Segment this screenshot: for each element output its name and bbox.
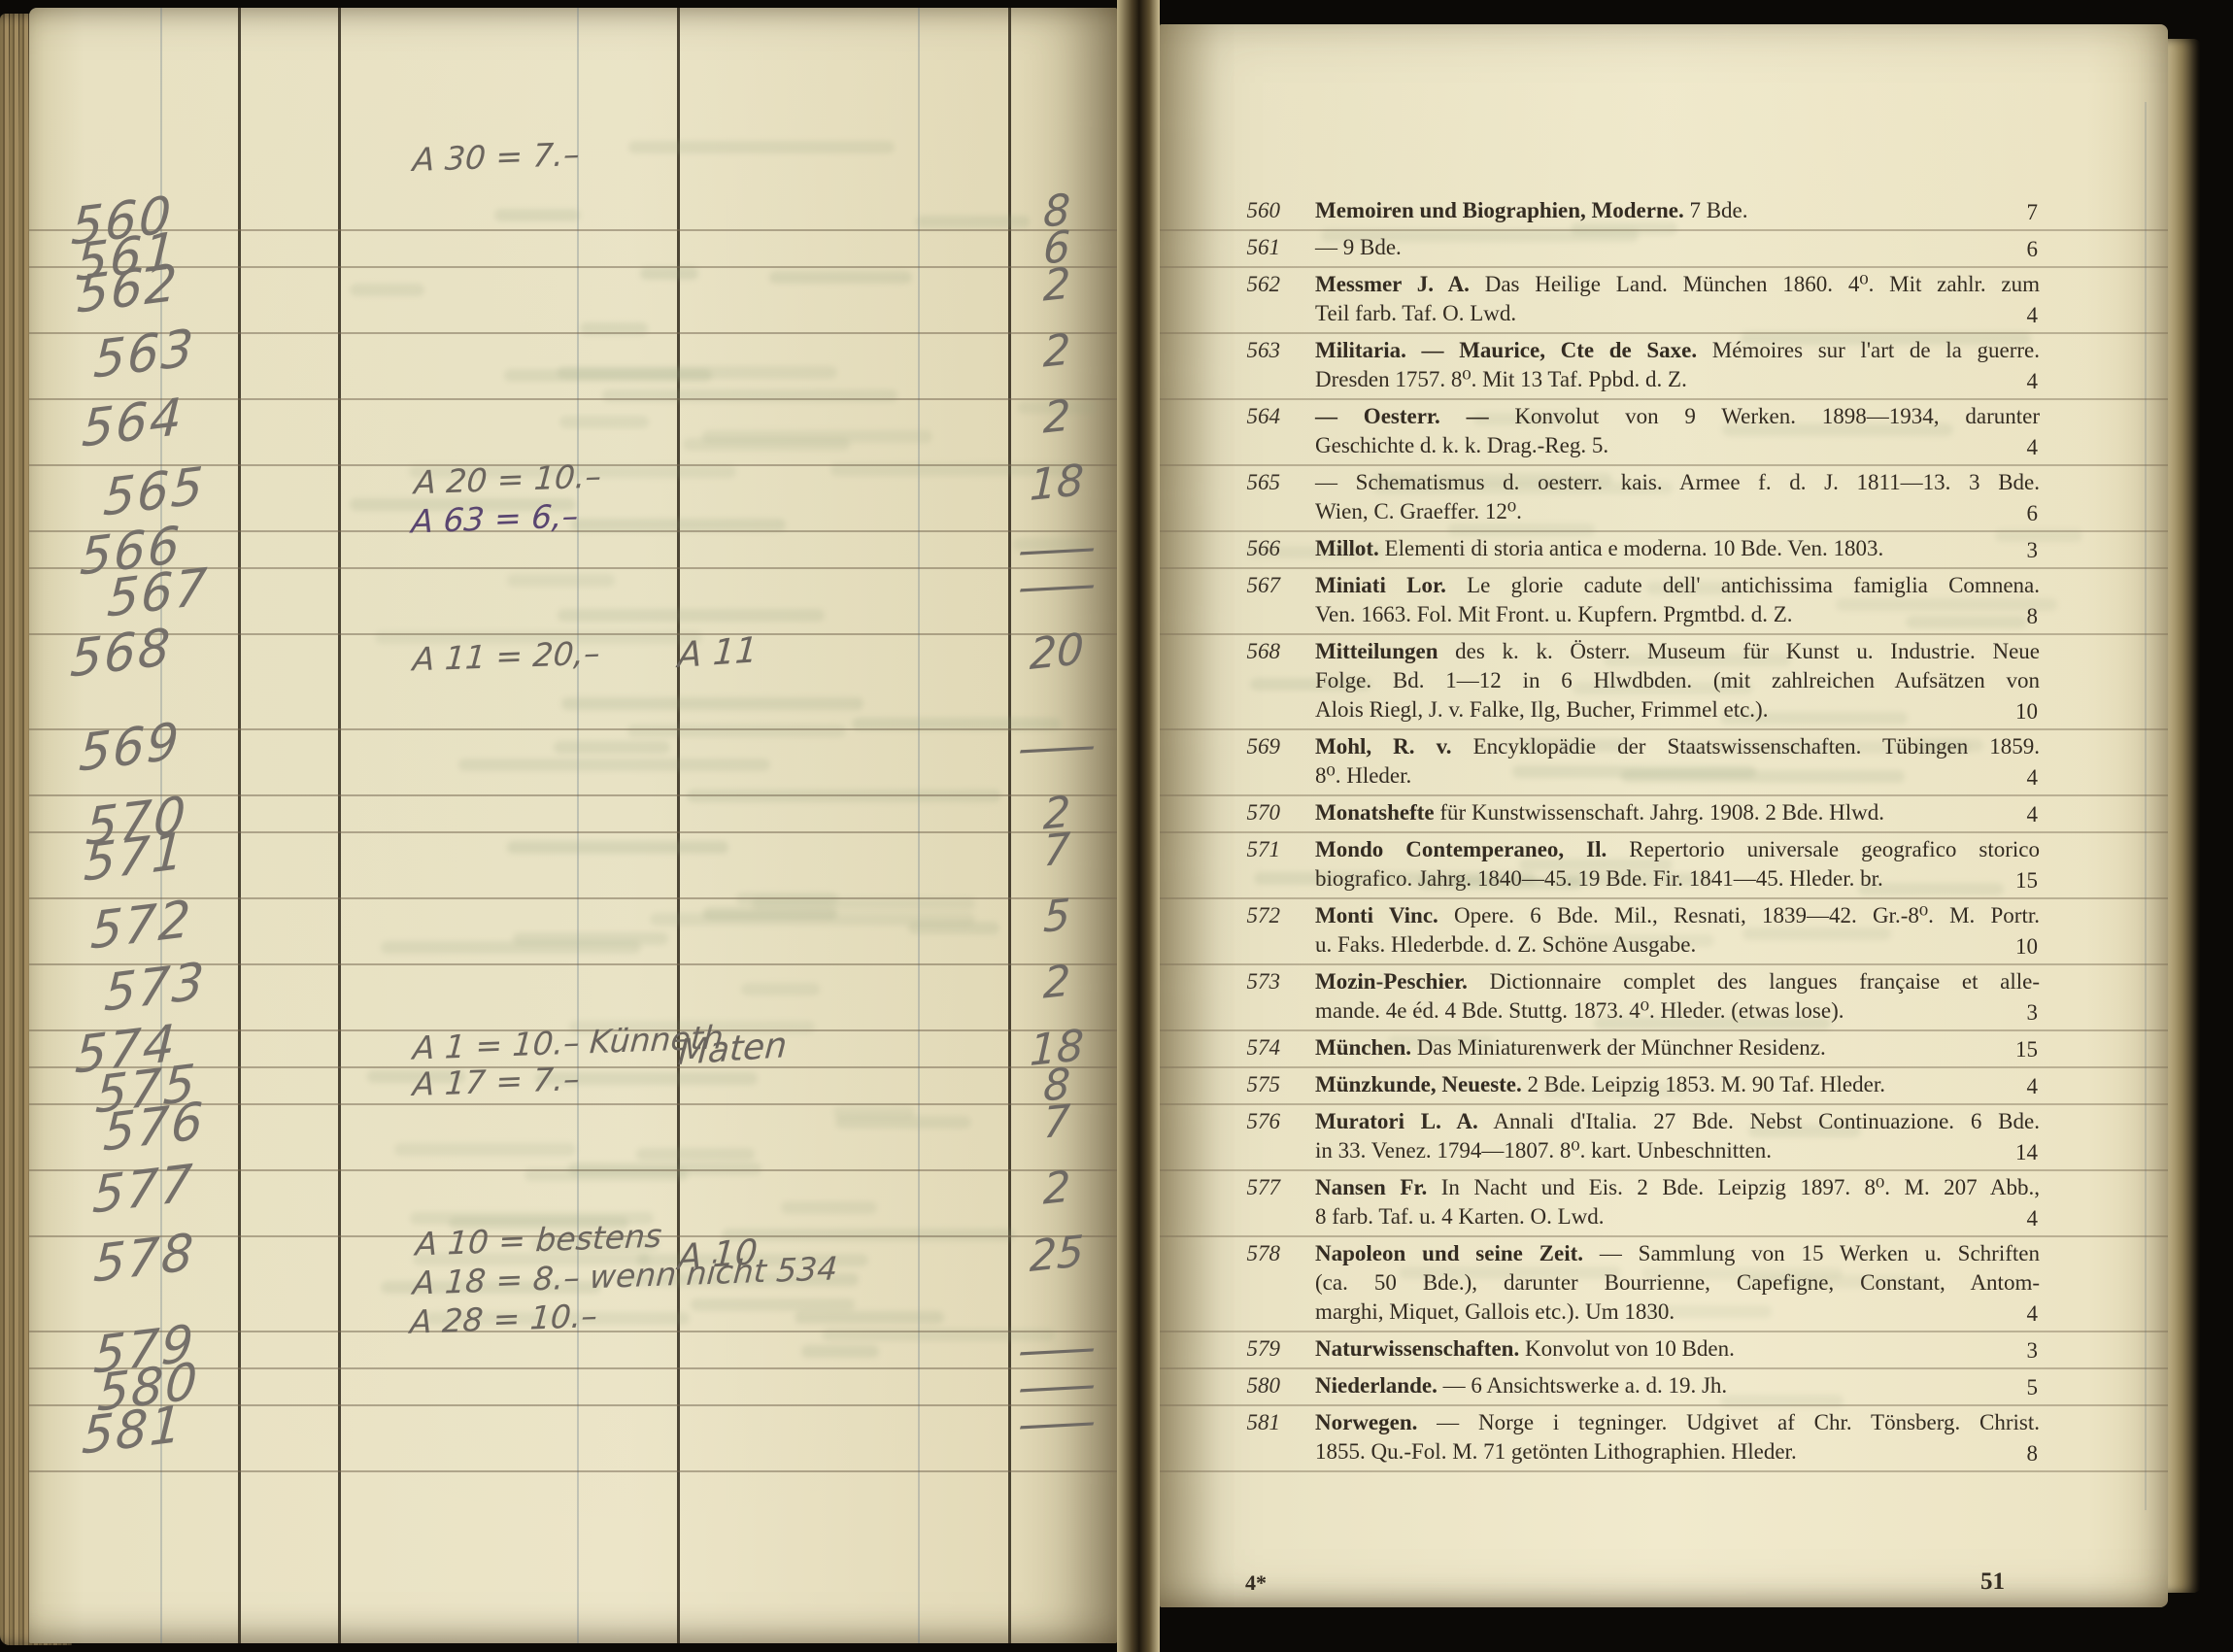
lot-number: 581	[1199, 1408, 1280, 1437]
handwritten-lot-number: 564	[81, 388, 186, 459]
catalog-entry: 567Miniati Lor. Le glorie cadute dell' a…	[1160, 569, 2168, 635]
handwritten-value: —	[970, 1394, 1117, 1452]
ledger-row: 5616	[29, 231, 1117, 268]
entry-price: 3	[2027, 1000, 2039, 1026]
handwritten-value: 7	[1011, 821, 1101, 880]
entry-text: Memoiren und Biographien, Moderne. 7 Bde…	[1315, 196, 2040, 225]
handwritten-value: 2	[1011, 321, 1101, 381]
handwritten-value: 2	[1011, 953, 1101, 1012]
catalog-entry: 560Memoiren und Biographien, Moderne. 7 …	[1160, 194, 2168, 231]
entry-text-line: Ven. 1663. Fol. Mit Front. u. Kupfern. P…	[1315, 600, 2040, 629]
entry-text: Niederlande. — 6 Ansichtswerke a. d. 19.…	[1315, 1371, 2040, 1400]
entry-text-line: biografico. Jahrg. 1840—45. 19 Bde. Fir.…	[1315, 864, 2040, 893]
handwritten-value: —	[970, 556, 1117, 615]
handwritten-note: A 20 = 10.–A 63 = 6,–	[410, 457, 602, 542]
lot-number: 561	[1199, 233, 1280, 262]
entry-text-line: u. Faks. Hlederbde. d. Z. Schöne Ausgabe…	[1315, 930, 2040, 960]
lot-number: 566	[1199, 534, 1280, 563]
lot-number: 573	[1199, 967, 1280, 996]
entry-text: München. Das Miniaturenwerk der Münchner…	[1315, 1033, 2040, 1062]
entry-text-line: marghi, Miquet, Gallois etc.). Um 1830.	[1315, 1298, 2040, 1327]
entry-text: Messmer J. A. Das Heilige Land. München …	[1315, 270, 2040, 328]
entry-text-line: 8 farb. Taf. u. 4 Karten. O. Lwd.	[1315, 1202, 2040, 1231]
entry-price: 3	[2027, 538, 2039, 563]
catalog-entry: 580Niederlande. — 6 Ansichtswerke a. d. …	[1160, 1369, 2168, 1406]
handwritten-lot-number: 562	[76, 253, 181, 325]
catalog-entry: 561— 9 Bde.6	[1160, 231, 2168, 268]
handwritten-lot-number: 565	[102, 456, 207, 528]
catalog-entry: 570Monatshefte für Kunstwissenschaft. Ja…	[1160, 796, 2168, 833]
lot-number: 564	[1199, 402, 1280, 431]
lot-number: 572	[1199, 901, 1280, 930]
entry-price: 15	[2015, 1037, 2038, 1062]
lot-number: 567	[1199, 571, 1280, 600]
entry-price: 6	[2027, 237, 2039, 262]
entry-text: Monti Vinc. Opere. 6 Bde. Mil., Resnati,…	[1315, 901, 2040, 960]
catalog-entry: 571Mondo Contemperaneo, Il. Repertorio u…	[1160, 833, 2168, 899]
handwritten-note: A 11 = 20,–	[412, 634, 601, 680]
left-ledger-page: 560A 30 = 7.–85616562256325642565A 20 = …	[29, 8, 1117, 1643]
entry-text-line: Messmer J. A. Das Heilige Land. München …	[1315, 270, 2040, 299]
entry-text-line: Monatshefte für Kunstwissenschaft. Jahrg…	[1315, 798, 2040, 827]
catalog-entry: 566Millot. Elementi di storia antica e m…	[1160, 532, 2168, 569]
catalog-entry: 575Münzkunde, Neueste. 2 Bde. Leipzig 18…	[1160, 1068, 2168, 1105]
handwritten-lot-number: 581	[81, 1395, 186, 1467]
entry-text-line: Dresden 1757. 8⁰. Mit 13 Taf. Ppbd. d. Z…	[1315, 365, 2040, 394]
right-fore-edge	[2168, 39, 2201, 1593]
entry-text: Monatshefte für Kunstwissenschaft. Jahrg…	[1315, 798, 2040, 827]
ledger-row: 5732	[29, 965, 1117, 1031]
handwritten-value: 20	[1011, 623, 1101, 682]
ledger-row: 568A 11 = 20,–A 1120	[29, 635, 1117, 730]
entry-text-line: Napoleon und seine Zeit. — Sammlung von …	[1315, 1239, 2040, 1268]
handwritten-lot-number: 576	[102, 1092, 207, 1163]
handwritten-note: A 10 = bestensA 18 = 8.– wenn nicht 534A…	[409, 1210, 841, 1342]
entry-price: 4	[2027, 1301, 2039, 1327]
handwritten-value: 7	[1011, 1093, 1101, 1152]
ledger-row: 5702	[29, 796, 1117, 833]
entry-text-line: Mitteilungen des k. k. Österr. Museum fü…	[1315, 637, 2040, 666]
lot-number: 560	[1199, 196, 1280, 225]
handwritten-lot-number: 569	[78, 712, 183, 784]
entry-text-line: Mondo Contemperaneo, Il. Repertorio univ…	[1315, 835, 2040, 864]
entry-text-line: Folge. Bd. 1—12 in 6 Hlwdbden. (mit zahl…	[1315, 666, 2040, 695]
entry-text: — Schematismus d. oesterr. kais. Armee f…	[1315, 468, 2040, 526]
lot-number: 574	[1199, 1033, 1280, 1062]
entry-text: Mondo Contemperaneo, Il. Repertorio univ…	[1315, 835, 2040, 893]
ledger-row: 567—	[29, 569, 1117, 635]
lot-number: 565	[1199, 468, 1280, 497]
entry-price: 15	[2015, 868, 2038, 893]
entry-text-line: Miniati Lor. Le glorie cadute dell' anti…	[1315, 571, 2040, 600]
handwritten-value: 2	[1011, 388, 1101, 447]
entry-text: Mohl, R. v. Encyklopädie der Staatswisse…	[1315, 732, 2040, 791]
entry-price: 7	[2027, 200, 2039, 225]
catalog-entry: 579Naturwissenschaften. Konvolut von 10 …	[1160, 1332, 2168, 1369]
handwritten-note: A 17 = 7.–	[412, 1060, 581, 1104]
ledger-row: 580—	[29, 1369, 1117, 1406]
entry-text: Militaria. — Maurice, Cte de Saxe. Mémoi…	[1315, 336, 2040, 394]
entry-price: 8	[2027, 1441, 2039, 1467]
entry-text-line: — Oesterr. — Konvolut von 9 Werken. 1898…	[1315, 402, 2040, 431]
handwritten-value: 2	[1011, 1159, 1101, 1218]
lot-number: 563	[1199, 336, 1280, 365]
handwritten-value: —	[970, 718, 1117, 776]
handwritten-value: 2	[1011, 255, 1101, 315]
book-scan-photo: 560A 30 = 7.–85616562256325642565A 20 = …	[0, 0, 2233, 1652]
catalog-entry: 577Nansen Fr. In Nacht und Eis. 2 Bde. L…	[1160, 1171, 2168, 1237]
lot-number: 571	[1199, 835, 1280, 864]
ledger-row: 5642	[29, 400, 1117, 466]
catalog-entry: 562Messmer J. A. Das Heilige Land. Münch…	[1160, 268, 2168, 334]
entry-text-line: Wien, C. Graeffer. 12⁰.	[1315, 497, 2040, 526]
entry-text-line: — 9 Bde.	[1315, 233, 2040, 262]
entry-text-line: Millot. Elementi di storia antica e mode…	[1315, 534, 2040, 563]
catalog-entry: 572Monti Vinc. Opere. 6 Bde. Mil., Resna…	[1160, 899, 2168, 965]
catalog-entry: 576Muratori L. A. Annali d'Italia. 27 Bd…	[1160, 1105, 2168, 1171]
entry-text-line: Mohl, R. v. Encyklopädie der Staatswisse…	[1315, 732, 2040, 761]
lot-number: 576	[1199, 1107, 1280, 1136]
handwritten-lot-number: 572	[89, 890, 194, 961]
catalog-entry: 565— Schematismus d. oesterr. kais. Arme…	[1160, 466, 2168, 532]
handwritten-note-right: Maten	[677, 1026, 789, 1073]
entry-text-line: 8⁰. Hleder.	[1315, 761, 2040, 791]
catalog-entry: 563Militaria. — Maurice, Cte de Saxe. Mé…	[1160, 334, 2168, 400]
entry-price: 10	[2015, 699, 2038, 725]
handwritten-lot-number: 571	[83, 822, 187, 893]
lot-number: 580	[1199, 1371, 1280, 1400]
entry-text-line: Nansen Fr. In Nacht und Eis. 2 Bde. Leip…	[1315, 1173, 2040, 1202]
right-catalog-page: 560Memoiren und Biographien, Moderne. 7 …	[1160, 24, 2168, 1607]
entry-text-line: Monti Vinc. Opere. 6 Bde. Mil., Resnati,…	[1315, 901, 2040, 930]
handwritten-note-right: A 10	[677, 1232, 760, 1278]
entry-price: 8	[2027, 604, 2039, 629]
entry-text-line: (ca. 50 Bde.), darunter Bourrienne, Cape…	[1315, 1268, 2040, 1298]
ledger-row: 560A 30 = 7.–8	[29, 194, 1117, 231]
entry-price: 10	[2015, 934, 2038, 960]
handwritten-lot-number: 563	[92, 319, 197, 390]
entry-price: 4	[2027, 765, 2039, 791]
lot-number: 578	[1199, 1239, 1280, 1268]
ledger-row: 565A 20 = 10.–A 63 = 6,–18	[29, 466, 1117, 532]
handwritten-lot-number: 573	[103, 952, 208, 1024]
entry-price: 4	[2027, 1206, 2039, 1231]
catalog-entry: 569Mohl, R. v. Encyklopädie der Staatswi…	[1160, 730, 2168, 796]
handwritten-lot-number: 567	[106, 557, 211, 629]
handwritten-lot-number: 578	[92, 1223, 197, 1295]
entry-price: 5	[2027, 1375, 2039, 1400]
entry-text: Naturwissenschaften. Konvolut von 10 Bde…	[1315, 1334, 2040, 1364]
entry-text: Münzkunde, Neueste. 2 Bde. Leipzig 1853.…	[1315, 1070, 2040, 1099]
entry-price: 4	[2027, 435, 2039, 460]
entry-price: 4	[2027, 802, 2039, 827]
lot-number: 575	[1199, 1070, 1280, 1099]
lot-number: 568	[1199, 637, 1280, 666]
entry-text: Millot. Elementi di storia antica e mode…	[1315, 534, 2040, 563]
entry-text: — Oesterr. — Konvolut von 9 Werken. 1898…	[1315, 402, 2040, 460]
entry-price: 4	[2027, 369, 2039, 394]
entry-text-line: Münzkunde, Neueste. 2 Bde. Leipzig 1853.…	[1315, 1070, 2040, 1099]
catalog-entry: 574München. Das Miniaturenwerk der Münch…	[1160, 1031, 2168, 1068]
lot-number: 577	[1199, 1173, 1280, 1202]
entry-text: Mozin-Peschier. Dictionnaire complet des…	[1315, 967, 2040, 1026]
handwritten-value: 25	[1011, 1225, 1101, 1284]
book-gutter	[1117, 0, 1160, 1652]
entry-text-line: — Schematismus d. oesterr. kais. Armee f…	[1315, 468, 2040, 497]
entry-text-line: Muratori L. A. Annali d'Italia. 27 Bde. …	[1315, 1107, 2040, 1136]
entry-text: Norwegen. — Norge i tegninger. Udgivet a…	[1315, 1408, 2040, 1467]
signature-mark: 4*	[1245, 1570, 1267, 1596]
entry-text: Nansen Fr. In Nacht und Eis. 2 Bde. Leip…	[1315, 1173, 2040, 1231]
entry-text-line: Alois Riegl, J. v. Falke, Ilg, Bucher, F…	[1315, 695, 2040, 725]
entry-text-line: Militaria. — Maurice, Cte de Saxe. Mémoi…	[1315, 336, 2040, 365]
catalog-entry: 573Mozin-Peschier. Dictionnaire complet …	[1160, 965, 2168, 1031]
entry-text-line: München. Das Miniaturenwerk der Münchner…	[1315, 1033, 2040, 1062]
ghost-text-bar	[628, 141, 895, 153]
handwritten-value: 5	[1011, 887, 1101, 946]
catalog-entry: 578Napoleon und seine Zeit. — Sammlung v…	[1160, 1237, 2168, 1332]
entry-text-line: Norwegen. — Norge i tegninger. Udgivet a…	[1315, 1408, 2040, 1437]
entry-text: Miniati Lor. Le glorie cadute dell' anti…	[1315, 571, 2040, 629]
lot-number: 579	[1199, 1334, 1280, 1364]
lot-number: 562	[1199, 270, 1280, 299]
entry-text-line: Naturwissenschaften. Konvolut von 10 Bde…	[1315, 1334, 2040, 1364]
entry-text-line: mande. 4e éd. 4 Bde. Stuttg. 1873. 4⁰. H…	[1315, 996, 2040, 1026]
handwritten-note-right: A 11	[677, 630, 760, 676]
page-number: 51	[1980, 1568, 2005, 1596]
handwritten-value: 18	[1011, 454, 1101, 513]
entry-text-line: in 33. Venez. 1794—1807. 8⁰. kart. Unbes…	[1315, 1136, 2040, 1165]
handwritten-lot-number: 568	[69, 618, 174, 690]
catalog-entry: 564— Oesterr. — Konvolut von 9 Werken. 1…	[1160, 400, 2168, 466]
handwritten-lot-number: 577	[91, 1154, 196, 1226]
entry-text: Muratori L. A. Annali d'Italia. 27 Bde. …	[1315, 1107, 2040, 1165]
catalog-entry: 581Norwegen. — Norge i tegninger. Udgive…	[1160, 1406, 2168, 1472]
entry-text-line: Teil farb. Taf. O. Lwd.	[1315, 299, 2040, 328]
entry-text-line: Geschichte d. k. k. Drag.-Reg. 5.	[1315, 431, 2040, 460]
lot-number: 569	[1199, 732, 1280, 761]
catalog-entries: 560Memoiren und Biographien, Moderne. 7 …	[1160, 194, 2168, 1472]
ledger-row: 5632	[29, 334, 1117, 400]
entry-price: 4	[2027, 1074, 2039, 1099]
catalog-entry: 568Mitteilungen des k. k. Österr. Museum…	[1160, 635, 2168, 730]
entry-price: 4	[2027, 303, 2039, 328]
entry-text-line: 1855. Qu.-Fol. M. 71 getönten Lithograph…	[1315, 1437, 2040, 1467]
entry-text: Mitteilungen des k. k. Österr. Museum fü…	[1315, 637, 2040, 725]
ledger-rows: 560A 30 = 7.–85616562256325642565A 20 = …	[29, 194, 1117, 1472]
entry-price: 6	[2027, 501, 2039, 526]
handwritten-note: A 30 = 7.–	[412, 135, 581, 180]
entry-text-line: Memoiren und Biographien, Moderne. 7 Bde…	[1315, 196, 2040, 225]
ledger-row: 569—	[29, 730, 1117, 796]
entry-text: — 9 Bde.	[1315, 233, 2040, 262]
lot-number: 570	[1199, 798, 1280, 827]
entry-text-line: Mozin-Peschier. Dictionnaire complet des…	[1315, 967, 2040, 996]
ledger-row: 581—	[29, 1406, 1117, 1472]
entry-text-line: Niederlande. — 6 Ansichtswerke a. d. 19.…	[1315, 1371, 2040, 1400]
entry-price: 14	[2015, 1140, 2038, 1165]
entry-price: 3	[2027, 1338, 2039, 1364]
entry-text: Napoleon und seine Zeit. — Sammlung von …	[1315, 1239, 2040, 1327]
